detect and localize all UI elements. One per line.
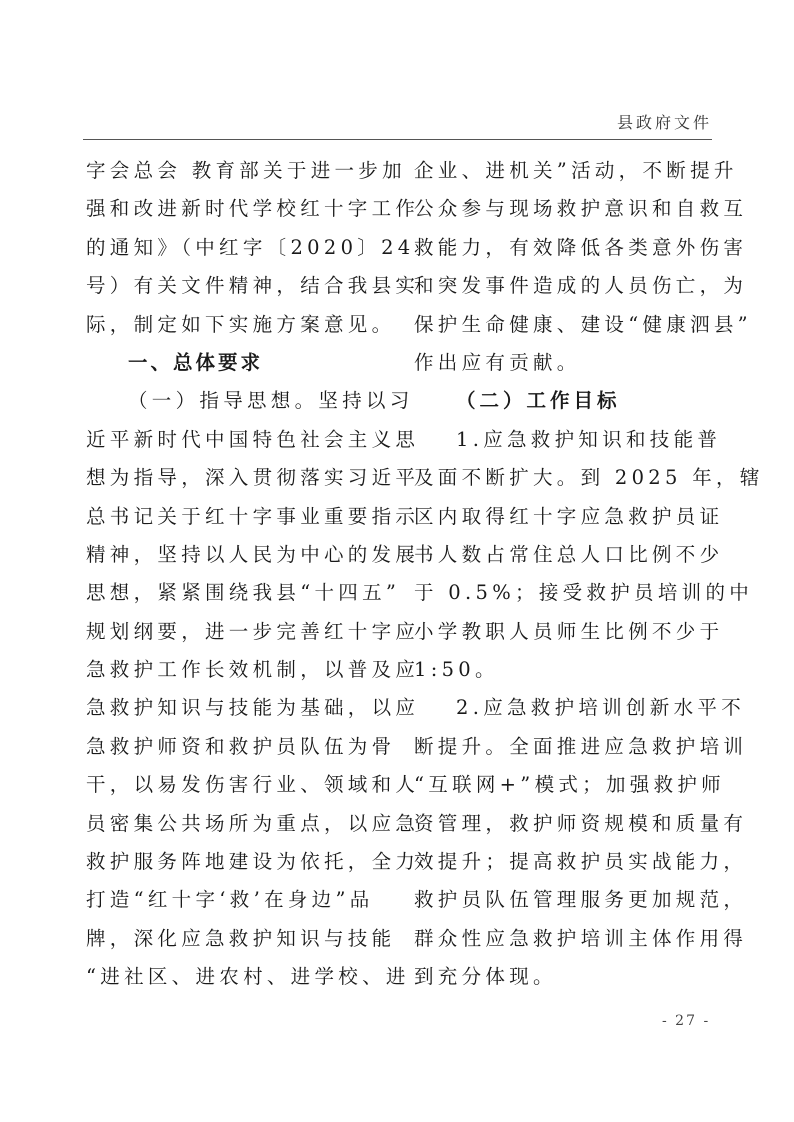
page-number: - 27 - — [662, 1013, 710, 1029]
text-line: 急救护工作长效机制，以普及应 — [86, 651, 404, 689]
text-line: 急救护知识与技能为基础，以应 — [86, 689, 404, 727]
text-line: 2.应急救护培训创新水平不 — [414, 689, 732, 727]
header-rule — [83, 139, 712, 140]
text-line: 干，以易发伤害行业、领域和人 — [86, 766, 404, 804]
text-line: （一）指导思想。坚持以习 — [86, 382, 404, 420]
text-line: 资管理，救护师资规模和质量有 — [414, 805, 732, 843]
text-line: 强和改进新时代学校红十字工作 — [86, 190, 404, 228]
text-line: 思想，紧紧围绕我县“十四五” — [86, 574, 404, 612]
text-line: 和突发事件造成的人员伤亡，为 — [414, 267, 732, 305]
text-line: 字会总会 教育部关于进一步加 — [86, 152, 404, 190]
text-line: 近平新时代中国特色社会主义思 — [86, 421, 404, 459]
section-heading: 一、总体要求 — [86, 344, 404, 382]
text-line: 公众参与现场救护意识和自救互 — [414, 190, 732, 228]
text-line: 牌，深化应急救护知识与技能 — [86, 920, 404, 958]
text-line: 精神，坚持以人民为中心的发展 — [86, 536, 404, 574]
text-line: “进社区、进农村、进学校、进 — [86, 958, 404, 996]
text-line: 员密集公共场所为重点，以应急 — [86, 805, 404, 843]
text-line: 1:50。 — [414, 651, 732, 689]
text-line: 救护员队伍管理服务更加规范， — [414, 881, 732, 919]
text-line: 于 0.5%；接受救护员培训的中 — [414, 574, 732, 612]
text-line: 际，制定如下实施方案意见。 — [86, 306, 404, 344]
text-line: 的通知》（中红字〔2020〕24 — [86, 229, 404, 267]
text-line: 作出应有贡献。 — [414, 344, 732, 382]
text-line: 想为指导，深入贯彻落实习近平 — [86, 459, 404, 497]
text-line: 保护生命健康、建设“健康泗县” — [414, 306, 732, 344]
text-line: 打造“红十字‘救’在身边”品 — [86, 881, 404, 919]
text-line: 效提升；提高救护员实战能力， — [414, 843, 732, 881]
text-line: 急救护师资和救护员队伍为骨 — [86, 728, 404, 766]
text-line: 及面不断扩大。到 2025 年，辖 — [414, 459, 732, 497]
text-line: 企业、进机关”活动，不断提升 — [414, 152, 732, 190]
right-column: 企业、进机关”活动，不断提升 公众参与现场救护意识和自救互 救能力，有效降低各类… — [414, 152, 732, 997]
left-column: 字会总会 教育部关于进一步加 强和改进新时代学校红十字工作 的通知》（中红字〔2… — [86, 152, 404, 997]
text-line: “互联网+”模式；加强救护师 — [414, 766, 732, 804]
text-line: 群众性应急救护培训主体作用得 — [414, 920, 732, 958]
text-line: 区内取得红十字应急救护员证 — [414, 498, 732, 536]
running-header-title: 县政府文件 — [617, 110, 712, 133]
text-line: 书人数占常住总人口比例不少 — [414, 536, 732, 574]
text-line: 到充分体现。 — [414, 958, 732, 996]
text-line: 小学教职人员师生比例不少于 — [414, 613, 732, 651]
text-line: 救能力，有效降低各类意外伤害 — [414, 229, 732, 267]
text-line: 号）有关文件精神，结合我县实 — [86, 267, 404, 305]
text-line: 1.应急救护知识和技能普 — [414, 421, 732, 459]
text-line: 规划纲要，进一步完善红十字应 — [86, 613, 404, 651]
text-line: 断提升。全面推进应急救护培训 — [414, 728, 732, 766]
text-line: 救护服务阵地建设为依托，全力 — [86, 843, 404, 881]
subsection-heading: （二）工作目标 — [414, 382, 732, 420]
text-line: 总书记关于红十字事业重要指示 — [86, 498, 404, 536]
